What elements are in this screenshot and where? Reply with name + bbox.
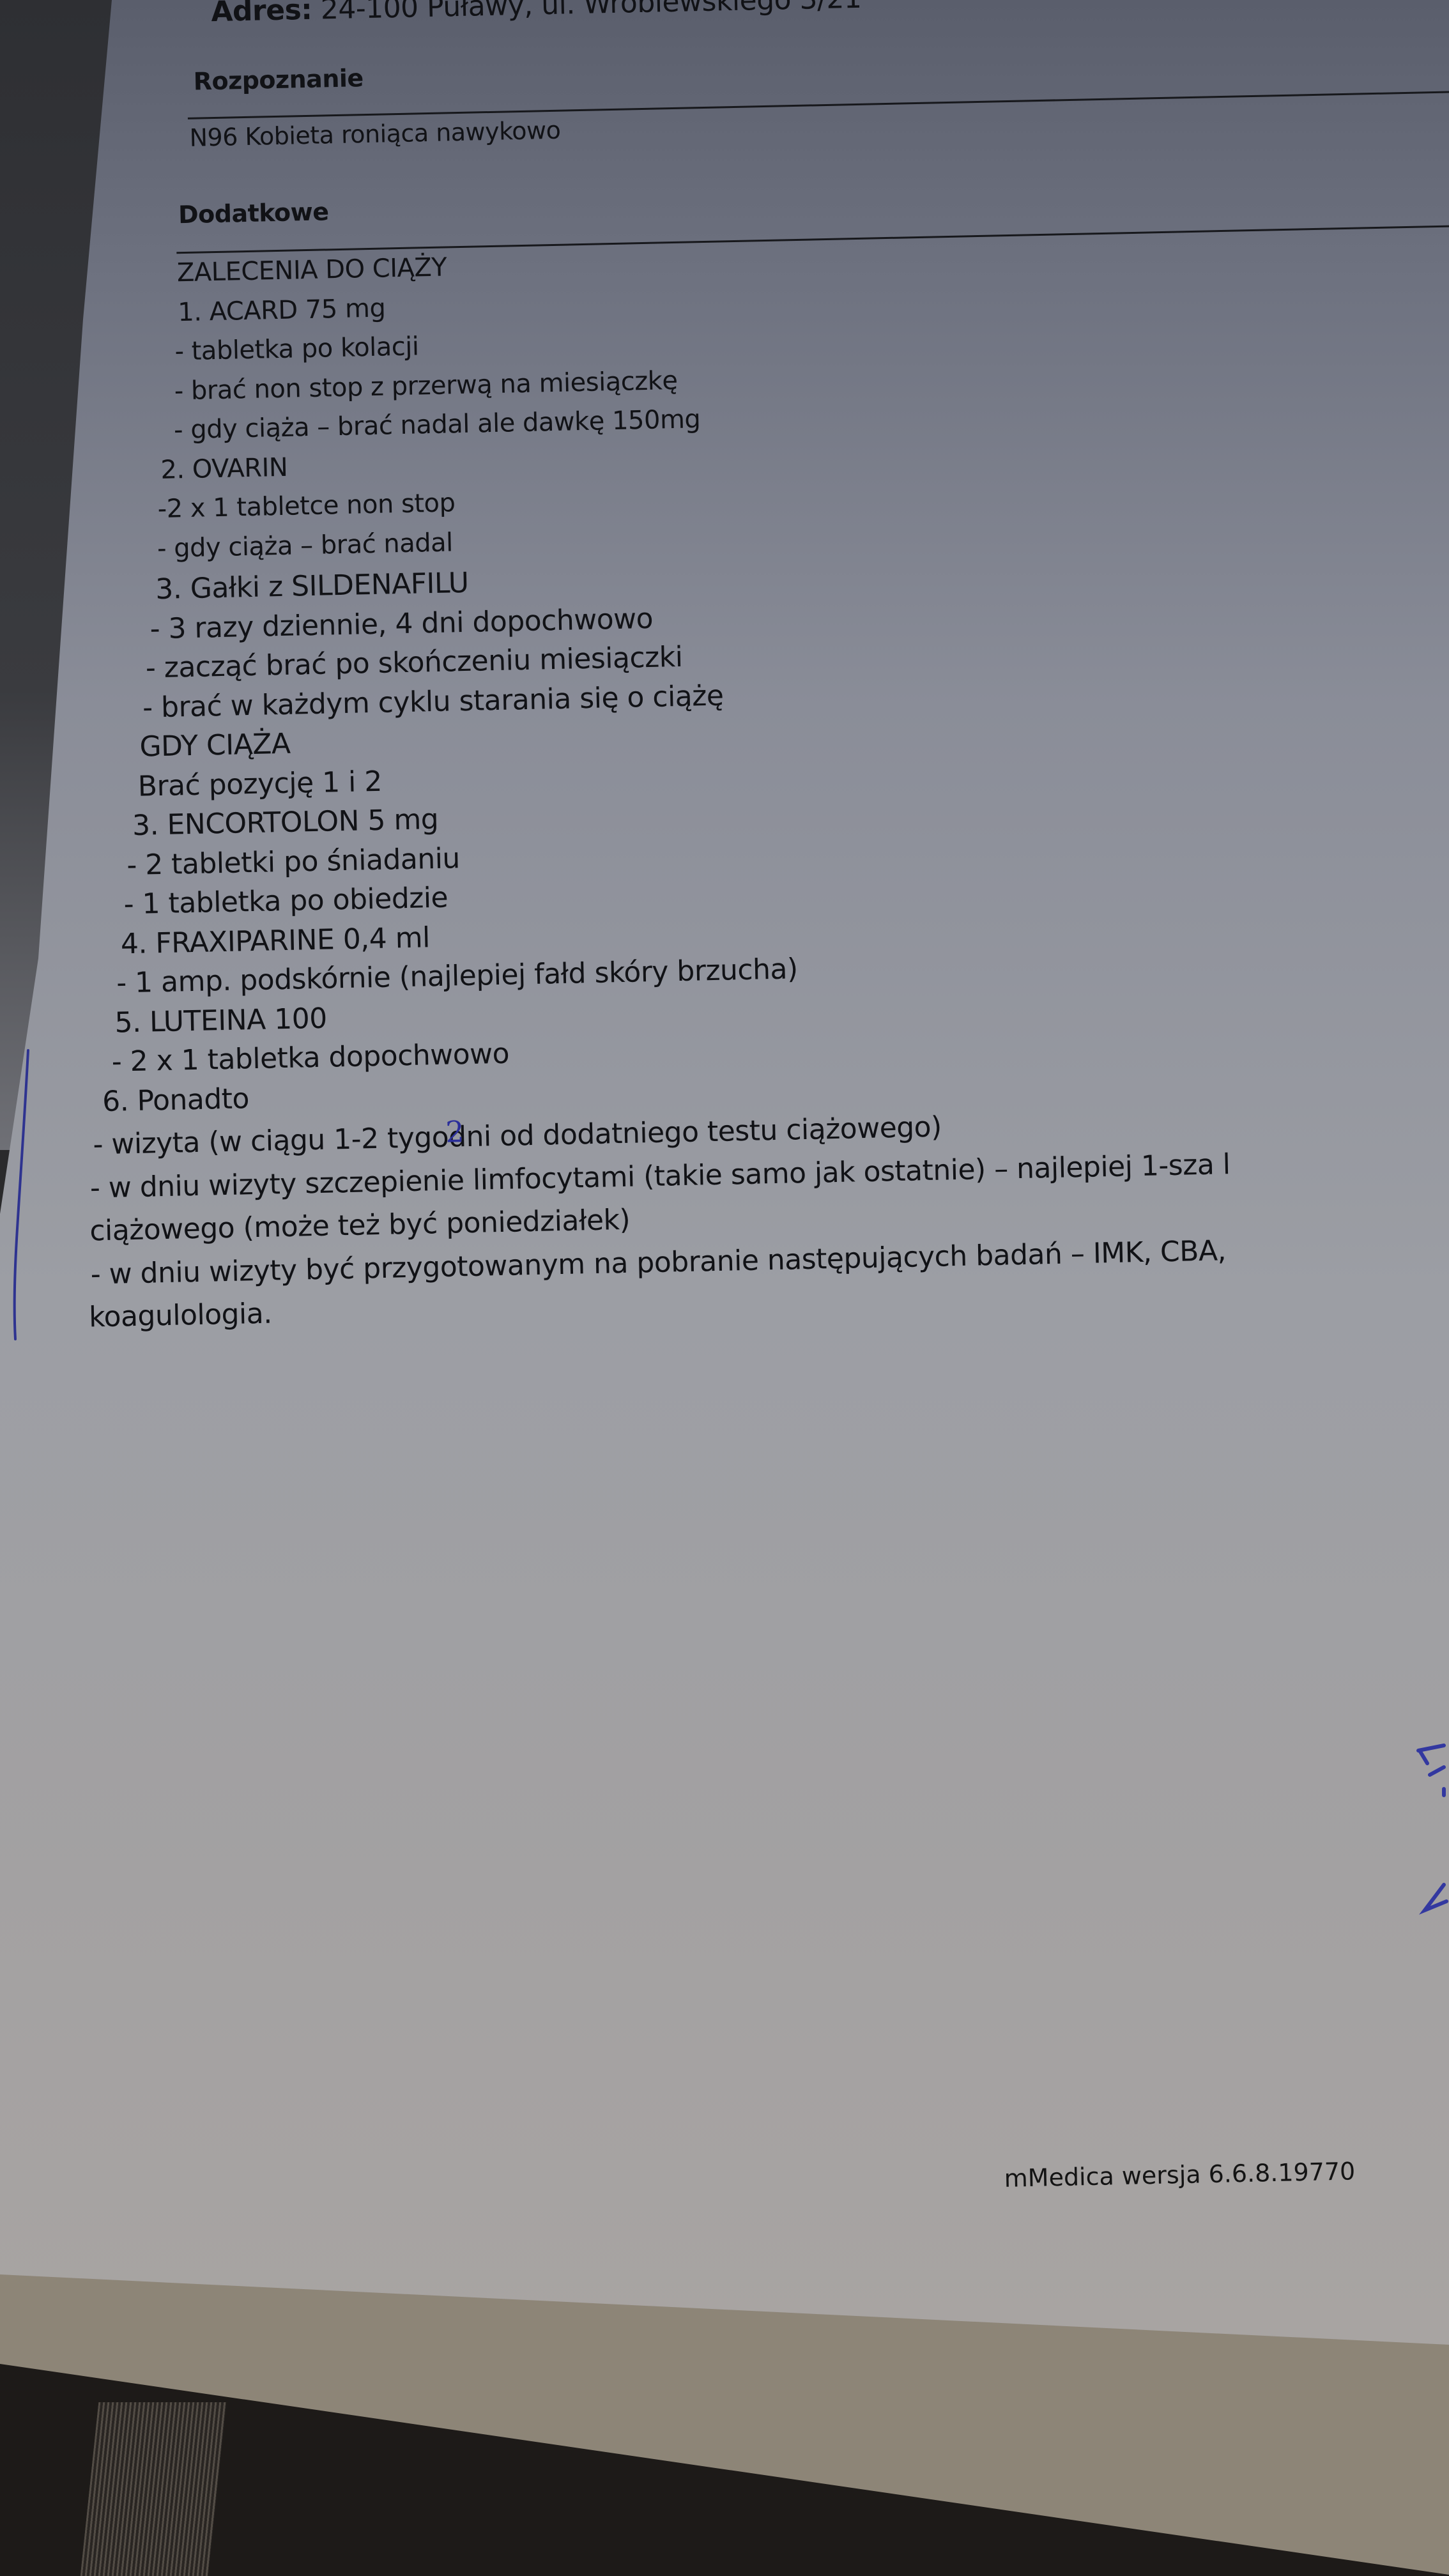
medical-document: Adres: 24-100 Puławy, ul. Wróblewskiego …: [0, 0, 1449, 2299]
software-version-footer: mMedica wersja 6.6.8.19770: [1004, 2157, 1355, 2192]
address-label: Adres:: [211, 0, 312, 28]
instruction-line: - 1 amp. podskórnie (najlepiej fałd skór…: [116, 953, 798, 999]
instruction-line: - wizyta (w ciągu 1-2 tygodni od dodatni…: [93, 1111, 942, 1161]
handwritten-digit: 2: [445, 1114, 464, 1149]
address-line: Adres: 24-100 Puławy, ul. Wróblewskiego …: [211, 0, 862, 28]
instruction-line: ZALECENIA DO CIĄŻY: [177, 252, 447, 287]
instruction-line: - 1 tabletka po obiedzie: [123, 882, 448, 921]
instruction-line: 1. ACARD 75 mg: [178, 293, 386, 327]
instruction-line: -2 x 1 tabletce non stop: [157, 488, 456, 524]
fabric-pattern: [80, 2402, 227, 2576]
instruction-line: - brać non stop z przerwą na miesiączkę: [174, 365, 678, 405]
diagnosis-heading: Rozpoznanie: [193, 64, 364, 96]
instruction-line: - zacząć brać po skończeniu miesiączki: [145, 641, 682, 685]
diagnosis-value: N96 Kobieta roniąca nawykowo: [189, 116, 561, 152]
instruction-line: 6. Ponadto: [102, 1082, 250, 1118]
instruction-line: - gdy ciąża – brać nadal ale dawkę 150mg: [174, 404, 701, 445]
instruction-line: 2. OVARIN: [160, 452, 288, 484]
instruction-line: ciążowego (może też być poniedziałek): [89, 1204, 631, 1248]
diagnosis-rule: [188, 91, 1449, 119]
instruction-line: - 3 razy dziennie, 4 dni dopochwowo: [149, 602, 653, 645]
instruction-line: - 2 x 1 tabletka dopochwowo: [111, 1038, 509, 1078]
instruction-line: - 2 tabletki po śniadaniu: [126, 842, 460, 882]
instruction-line: 3. Gałki z SILDENAFILU: [155, 567, 469, 606]
address-value: 24-100 Puławy, ul. Wróblewskiego 3/21: [320, 0, 862, 26]
instruction-line: - brać w każdym cyklu starania się o cią…: [142, 679, 724, 724]
instruction-line: GDY CIĄŻA: [139, 728, 291, 763]
instruction-line: 3. ENCORTOLON 5 mg: [132, 803, 439, 842]
handwritten-signature-fragment: [1399, 1725, 1449, 1917]
instruction-line: 5. LUTEINA 100: [114, 1002, 327, 1039]
instruction-line: koagulologia.: [89, 1298, 273, 1334]
handwritten-margin-line: [11, 1048, 31, 1342]
instruction-line: 4. FRAXIPARINE 0,4 ml: [120, 921, 430, 960]
additional-heading: Dodatkowe: [178, 197, 329, 229]
additional-rule: [176, 225, 1449, 254]
instruction-line: - tabletka po kolacji: [174, 332, 419, 366]
instruction-line: Brać pozycję 1 i 2: [137, 765, 382, 802]
instruction-line: - gdy ciąża – brać nadal: [157, 528, 454, 563]
